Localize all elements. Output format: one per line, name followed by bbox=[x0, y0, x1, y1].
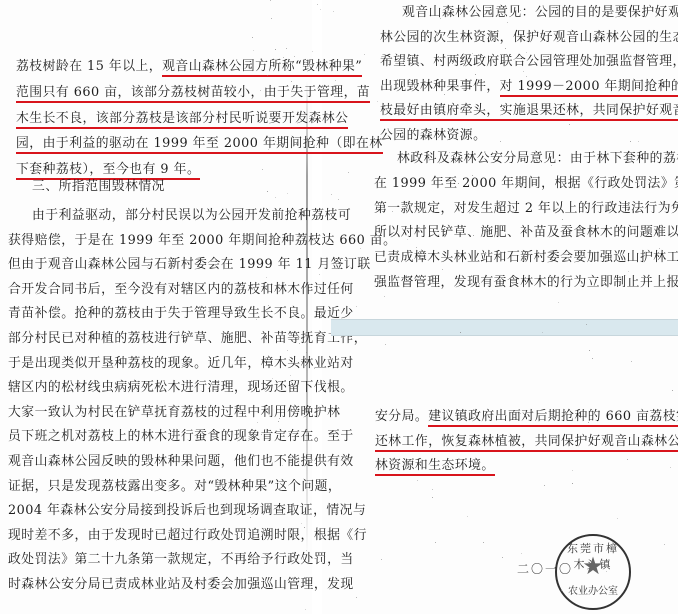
scan-speck bbox=[483, 542, 484, 543]
scan-speck bbox=[356, 306, 357, 307]
scan-speck bbox=[627, 459, 628, 460]
paragraph-line: 由于利益驱动，部分村民误以为公园开发前抢种荔枝可 bbox=[32, 207, 351, 225]
scan-speck bbox=[416, 247, 417, 248]
scan-speck bbox=[588, 422, 589, 423]
highlighted-text: 还林工作，恢复森林植被，共同保护好观音山森林公园的森 bbox=[375, 434, 678, 452]
scan-speck bbox=[287, 193, 288, 194]
scan-speck bbox=[252, 37, 253, 38]
scan-speck bbox=[440, 18, 441, 19]
highlighted-text: 枝最好由镇府牵头，实施退果还林，共同保护好观音山森林 bbox=[380, 103, 678, 121]
scan-speck bbox=[638, 141, 639, 142]
scan-speck bbox=[630, 141, 631, 142]
scan-speck bbox=[277, 556, 278, 557]
scan-speck bbox=[473, 235, 474, 236]
paragraph-line: 2004 年森林公安分局接到投诉后也到现场调查取证，情况与 bbox=[8, 502, 366, 520]
scan-speck bbox=[444, 94, 445, 95]
scan-speck bbox=[526, 52, 527, 53]
official-seal: 东莞市樟木头镇 ★ 农业办公室 bbox=[555, 534, 631, 610]
scan-speck bbox=[318, 382, 319, 383]
scan-speck bbox=[257, 422, 258, 423]
scan-speck bbox=[275, 49, 276, 50]
highlighted-text: 园，由于利益的驱动在 1999 年至 2000 年期间抢种（即在林 bbox=[16, 136, 383, 154]
scan-speck bbox=[482, 55, 483, 56]
scan-speck bbox=[273, 63, 274, 64]
scan-speck bbox=[558, 302, 559, 303]
paragraph-line: 木生长不良，该部分荔枝是该部分村民听说要开发森林公 bbox=[16, 110, 348, 128]
scan-speck bbox=[500, 141, 501, 142]
text-segment: 荔枝树龄在 15 年以上， bbox=[16, 59, 162, 74]
scan-speck bbox=[657, 235, 658, 236]
scan-speck bbox=[449, 152, 450, 153]
scan-speck bbox=[672, 390, 673, 391]
highlighted-text: 建议镇政府出面对后期抢种的 660 亩荔枝实施退果 bbox=[428, 409, 678, 427]
scan-speck bbox=[283, 57, 284, 58]
scan-speck bbox=[304, 527, 305, 528]
scan-speck bbox=[585, 207, 586, 208]
paragraph-line: 于是出现类似开垦种荔枝的现象。近几年，樟木头林业站对 bbox=[8, 355, 354, 373]
scan-speck bbox=[473, 5, 474, 6]
paragraph-line: 证据，只是发现荔枝露出变多。对“毁林种果”这个问题， bbox=[8, 478, 341, 496]
scan-speck bbox=[267, 191, 268, 192]
scan-speck bbox=[463, 53, 464, 54]
paragraph-line: 政处罚法》第二十九条第一款规定，不再给予行政处罚，当 bbox=[8, 551, 354, 569]
scan-speck bbox=[561, 590, 562, 591]
scan-speck bbox=[507, 22, 508, 23]
scan-speck bbox=[628, 271, 629, 272]
scan-speck bbox=[267, 456, 268, 457]
scan-speck bbox=[294, 56, 295, 57]
scan-speck bbox=[520, 413, 521, 414]
highlighted-text: 木生长不良，该部分荔枝是该部分村民听说要开发森林公 bbox=[16, 111, 348, 129]
paragraph-line: 辖区内的松材线虫病病死松木进行清理，现场还留下伐根。 bbox=[8, 379, 354, 397]
scan-speck bbox=[262, 169, 263, 170]
scan-speck bbox=[279, 418, 280, 419]
scan-speck bbox=[301, 523, 302, 524]
paragraph-line: 范围只有 660 亩，该部分荔枝树苗较小，由于失于管理，苗 bbox=[16, 84, 370, 102]
scan-speck bbox=[435, 542, 436, 543]
section-heading: 三、所指范围毁林情况 bbox=[32, 178, 165, 196]
scan-speck bbox=[261, 58, 262, 59]
paragraph-line: 第一款规定，对发生超过 2 年以上的行政违法行为免于追究。 bbox=[374, 200, 678, 218]
scan-speck bbox=[299, 343, 300, 344]
scan-speck bbox=[670, 467, 671, 468]
scan-speck bbox=[619, 277, 620, 278]
scan-speck bbox=[275, 213, 276, 214]
scan-speck bbox=[505, 48, 506, 49]
scan-speck bbox=[268, 305, 269, 306]
paragraph-line: 林政科及森林公安分局意见：由于林下套种的荔枝发生 bbox=[397, 150, 678, 168]
scan-speck bbox=[479, 283, 480, 284]
scan-speck bbox=[312, 289, 313, 290]
scan-speck bbox=[254, 577, 255, 578]
scan-speck bbox=[360, 248, 361, 249]
scan-speck bbox=[379, 418, 380, 419]
scan-speck bbox=[381, 559, 382, 560]
scan-speck bbox=[586, 324, 587, 325]
scan-speck bbox=[267, 75, 268, 76]
paragraph-line: 强监督管理，发现有蚕食林木的行为立即制止并上报森林公 bbox=[374, 274, 678, 292]
paragraph-line: 林公园的次生林资源，保护好观音山森林公园的生态环境， bbox=[380, 29, 678, 47]
scan-speck bbox=[407, 239, 408, 240]
scan-speck bbox=[286, 48, 287, 49]
scan-speck bbox=[306, 352, 307, 353]
paragraph-line: 公园的森林资源。 bbox=[380, 127, 486, 145]
scan-speck bbox=[432, 489, 433, 490]
scan-speck bbox=[268, 149, 269, 150]
scan-speck bbox=[383, 416, 384, 417]
paragraph-line: 员下班之机对荔枝上的林木进行蚕食的现象肯定存在。至于 bbox=[8, 428, 354, 446]
seal-bottom-text: 农业办公室 bbox=[557, 582, 629, 597]
paragraph-line: 但由于观音山森林公园与石新村委会在 1999 年 11 月签订联 bbox=[8, 256, 371, 274]
scan-speck bbox=[256, 319, 257, 320]
scan-speck bbox=[551, 165, 552, 166]
scan-speck bbox=[432, 497, 433, 498]
scan-speck bbox=[523, 71, 524, 72]
scan-speck bbox=[335, 80, 336, 81]
scan-speck bbox=[544, 485, 545, 486]
scan-speck bbox=[260, 90, 261, 91]
paragraph-line: 观音山森林公园反映的毁林种果问题，他们也不能提供有效 bbox=[8, 453, 354, 471]
scan-speck bbox=[284, 282, 285, 283]
scan-speck bbox=[305, 609, 306, 610]
highlighted-text: 林资源和生态环境。 bbox=[375, 458, 495, 476]
scan-speck bbox=[606, 571, 607, 572]
text-segment: 出现毁林种果事件， bbox=[380, 79, 500, 94]
scan-speck bbox=[317, 4, 318, 5]
scan-speck bbox=[285, 258, 286, 259]
scan-speck bbox=[348, 172, 349, 173]
scan-speck bbox=[314, 368, 315, 369]
scan-speck bbox=[291, 81, 292, 82]
scan-speck bbox=[482, 232, 483, 233]
paragraph-line: 出现毁林种果事件，对 1999－2000 年期间抢种的 660 亩荔 bbox=[380, 78, 678, 96]
scan-speck bbox=[569, 124, 570, 125]
scan-speck bbox=[275, 141, 276, 142]
scan-speck bbox=[338, 199, 339, 200]
scan-speck bbox=[275, 197, 276, 198]
highlighted-text: 观音山森林公园方所称“毁林种果” bbox=[162, 59, 362, 77]
scan-speck bbox=[319, 274, 320, 275]
paragraph-line: 还林工作，恢复森林植被，共同保护好观音山森林公园的森 bbox=[375, 433, 678, 451]
star-icon: ★ bbox=[557, 554, 629, 578]
scan-speck bbox=[475, 74, 476, 75]
scan-speck bbox=[572, 470, 573, 471]
scan-speck bbox=[316, 147, 317, 148]
scan-speck bbox=[655, 55, 656, 56]
scan-speck bbox=[442, 269, 443, 270]
scan-speck bbox=[290, 375, 291, 376]
scan-speck bbox=[266, 277, 267, 278]
paragraph-line: 获得赔偿，于是在 1999 年至 2000 年期间抢种荔枝达 660 亩。 bbox=[8, 232, 396, 250]
scan-speck bbox=[589, 350, 590, 351]
paragraph-line: 林资源和生态环境。 bbox=[375, 457, 495, 475]
paragraph-line: 大家一致认为村民在铲草抚育荔枝的过程中利用傍晚护林 bbox=[8, 404, 340, 422]
paragraph-line: 合开发合同书后，至今没有对辖区内的荔枝和林木作过任何 bbox=[8, 281, 354, 299]
scan-speck bbox=[306, 550, 307, 551]
paragraph-line: 青苗补偿。抢种的荔枝由于失于管理导致生长不良。最近少 bbox=[8, 305, 354, 323]
paragraph-line: 园，由于利益的驱动在 1999 年至 2000 年期间抢种（即在林 bbox=[16, 135, 383, 153]
paragraph-line: 部分村民已对种植的荔枝进行铲草、施肥、补苗等抚育工作， bbox=[8, 330, 367, 348]
paragraph-line: 荔枝树龄在 15 年以上，观音山森林公园方所称“毁林种果” bbox=[16, 58, 362, 76]
highlighted-text: 范围只有 660 亩，该部分荔枝树苗较小，由于失于管理，苗 bbox=[16, 85, 370, 103]
scan-speck bbox=[253, 50, 254, 51]
paragraph-line: 希望镇、村两级政府联合公园管理处加强监督管理，防止再 bbox=[380, 53, 678, 71]
scan-speck bbox=[251, 458, 252, 459]
paragraph-line: 观音山森林公园意见：公园的目的是要保护好观音山森 bbox=[402, 4, 678, 22]
scan-speck bbox=[301, 361, 302, 362]
scan-speck bbox=[659, 248, 660, 249]
scan-speck bbox=[261, 434, 262, 435]
scan-speck bbox=[331, 194, 332, 195]
scan-speck bbox=[333, 11, 334, 12]
scan-speck bbox=[592, 358, 593, 359]
scan-speck bbox=[385, 344, 386, 345]
scan-speck bbox=[270, 0, 271, 1]
scan-speck bbox=[520, 10, 521, 11]
paragraph-line: 下套种荔枝），至今也有 9 年。 bbox=[16, 161, 200, 179]
scan-speck bbox=[526, 76, 527, 77]
paragraph-line: 时森林公安分局已责成林业站及村委会加强巡山管理，发现 bbox=[8, 576, 354, 594]
scan-speck bbox=[540, 205, 541, 206]
scan-speck bbox=[315, 463, 316, 464]
scan-speck bbox=[521, 553, 522, 554]
scan-speck bbox=[377, 101, 378, 102]
scan-speck bbox=[271, 18, 272, 19]
scan-speck bbox=[465, 461, 466, 462]
highlighted-text: 对 1999－2000 年期间抢种的 660 亩荔 bbox=[500, 79, 678, 97]
scan-speck bbox=[617, 518, 618, 519]
scan-speck bbox=[281, 587, 282, 588]
scan-speck bbox=[472, 175, 473, 176]
paragraph-line: 在 1999 年至 2000 年期间，根据《行政处罚法》第二十九条 bbox=[374, 175, 678, 193]
scan-speck bbox=[631, 361, 632, 362]
paragraph-line: 现时差不多，由于发现时已超过行政处罚追溯时限，根据《行 bbox=[8, 527, 367, 545]
scan-speck bbox=[417, 480, 418, 481]
scan-speck bbox=[356, 597, 357, 598]
paragraph-line: 安分局。建议镇政府出面对后期抢种的 660 亩荔枝实施退果 bbox=[375, 408, 678, 426]
paragraph-line: 枝最好由镇府牵头，实施退果还林，共同保护好观音山森林 bbox=[380, 102, 678, 120]
scan-speck bbox=[426, 212, 427, 213]
scan-speck bbox=[320, 9, 321, 10]
scan-speck bbox=[272, 378, 273, 379]
scan-speck bbox=[312, 51, 313, 52]
scan-speck bbox=[250, 517, 251, 518]
scan-speck bbox=[282, 465, 283, 466]
scan-speck bbox=[460, 332, 461, 333]
scan-speck bbox=[278, 421, 279, 422]
scan-speck bbox=[289, 433, 290, 434]
scan-speck bbox=[472, 53, 473, 54]
text-segment: 观音山森林公园意见：公园的目的是要保护好观音山森 bbox=[402, 5, 678, 20]
scan-speck bbox=[296, 143, 297, 144]
scan-speck bbox=[307, 282, 308, 283]
scan-speck bbox=[572, 483, 573, 484]
text-segment: 希望镇、村两级政府联合公园管理处加强监督管理，防止再 bbox=[380, 54, 678, 69]
scan-speck bbox=[502, 557, 503, 558]
paragraph-line: 所以对村民铲草、施肥、补苗及蚕食林木的问题难以处罚。 bbox=[374, 224, 678, 242]
scan-speck bbox=[392, 211, 393, 212]
scan-speck bbox=[276, 287, 277, 288]
scan-speck bbox=[458, 183, 459, 184]
scan-speck bbox=[364, 54, 365, 55]
scan-separator-band bbox=[331, 319, 678, 336]
scan-speck bbox=[562, 219, 563, 220]
text-segment: 林公园的次生林资源，保护好观音山森林公园的生态环境， bbox=[380, 30, 678, 45]
scan-speck bbox=[469, 466, 470, 467]
scan-speck bbox=[384, 296, 385, 297]
paragraph-line: 已责成樟木头林业站和石新村委会要加强巡山护林工作，加 bbox=[374, 249, 678, 267]
scan-speck bbox=[467, 516, 468, 517]
text-segment: 公园的森林资源。 bbox=[380, 128, 486, 143]
scan-speck bbox=[287, 350, 288, 351]
scan-speck bbox=[542, 332, 543, 333]
scan-speck bbox=[664, 544, 665, 545]
